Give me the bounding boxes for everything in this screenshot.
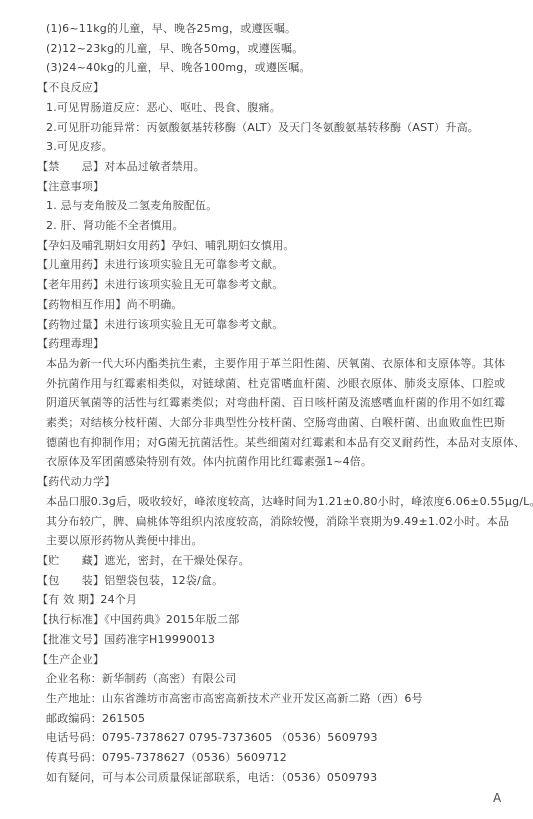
document-line: 【老年用药】未进行该项实验且无可靠参考文献。 — [37, 275, 509, 295]
document-line: (3)24~40kg的儿童，早、晚各100mg，或遵医嘱。 — [37, 58, 509, 78]
document-line: 【不良反应】 — [37, 78, 509, 98]
document-line: 电话号码：0795-7378627 0795-7373605 （0536）560… — [37, 728, 509, 748]
document-line: 【禁 忌】对本品过敏者禁用。 — [37, 157, 509, 177]
document-line: 【药物过量】未进行该项实验且无可靠参考文献。 — [37, 315, 509, 335]
document-body: (1)6~11kg的儿童，早、晚各25mg，或遵医嘱。(2)12~23kg的儿童… — [37, 19, 509, 787]
document-line: (2)12~23kg的儿童，早、晚各50mg，或遵医嘱。 — [37, 39, 509, 59]
document-line: 1.可见胃肠道反应：恶心、呕吐、畏食、腹痛。 — [37, 98, 509, 118]
document-line: (1)6~11kg的儿童，早、晚各25mg，或遵医嘱。 — [37, 19, 509, 39]
document-line: 【药代动力学】 — [37, 472, 509, 492]
document-line: 【药理毒理】 — [37, 334, 509, 354]
document-line: 企业名称：新华制药（高密）有限公司 — [37, 669, 509, 689]
document-line: 本品为新一代大环内酯类抗生素，主要作用于革兰阳性菌、厌氧菌、衣原体和支原体等。其… — [37, 354, 509, 374]
document-line: 【儿童用药】未进行该项实验且无可靠参考文献。 — [37, 255, 509, 275]
document-line: 衣原体及军团菌感染特别有效。体内抗菌作用比红霉素强1~4倍。 — [37, 452, 509, 472]
document-line: 外抗菌作用与红霉素相类似，对链球菌、杜克雷嗜血杆菌、沙眼衣原体、肺炎支原体、口腔… — [37, 374, 509, 394]
document-line: 1. 忌与麦角胺及二氢麦角胺配伍。 — [37, 196, 509, 216]
document-line: 【执行标准】《中国药典》2015年版二部 — [37, 610, 509, 630]
document-line: 素类；对结核分枝杆菌、大部分非典型性分枝杆菌、空肠弯曲菌、白喉杆菌、出血败血性巴… — [37, 413, 509, 433]
document-line: 【包 装】铝塑袋包装，12袋/盒。 — [37, 571, 509, 591]
document-line: 本品口服0.3g后，吸收较好，峰浓度较高，达峰时间为1.21±0.80小时，峰浓… — [37, 492, 509, 512]
document-line: 传真号码：0795-7378627（0536）5609712 — [37, 748, 509, 768]
document-line: 【有 效 期】24个月 — [37, 590, 509, 610]
document-line: 邮政编码：261505 — [37, 709, 509, 729]
document-line: 【贮 藏】遮光，密封，在干燥处保存。 — [37, 551, 509, 571]
document-line: 3.可见皮疹。 — [37, 137, 509, 157]
page-marker: A — [493, 791, 501, 805]
document-line: 【生产企业】 — [37, 650, 509, 670]
document-line: 【药物相互作用】尚不明确。 — [37, 295, 509, 315]
document-line: 阴道厌氧菌等的活性与红霉素类似；对弯曲杆菌、百日咳杆菌及流感嗜血杆菌的作用不如红… — [37, 393, 509, 413]
document-line: 如有疑问，可与本公司质量保证部联系，电话：（0536）0509793 — [37, 768, 509, 788]
document-line: 2.可见肝功能异常：丙氨酸氨基转移酶（ALT）及天门冬氨酸氨基转移酶（AST）升… — [37, 118, 509, 138]
document-line: 【批准文号】国药准字H19990013 — [37, 630, 509, 650]
document-line: 2. 肝、肾功能不全者慎用。 — [37, 216, 509, 236]
document-line: 【注意事项】 — [37, 177, 509, 197]
drug-insert-page: (1)6~11kg的儿童，早、晚各25mg，或遵医嘱。(2)12~23kg的儿童… — [0, 0, 533, 819]
document-line: 德菌也有抑制作用；对G菌无抗菌活性。某些细菌对红霉素和本品有交叉耐药性，本品对支… — [37, 433, 509, 453]
document-line: 【孕妇及哺乳期妇女用药】孕妇、哺乳期妇女慎用。 — [37, 236, 509, 256]
document-line: 主要以原形药物从粪便中排出。 — [37, 531, 509, 551]
document-line: 生产地址：山东省潍坊市高密市高密高新技术产业开发区高新二路（西）6号 — [37, 689, 509, 709]
document-line: 其分布较广，脾、扁桃体等组织内浓度较高，消除较慢，消除半衰期为9.49±1.02… — [37, 512, 509, 532]
